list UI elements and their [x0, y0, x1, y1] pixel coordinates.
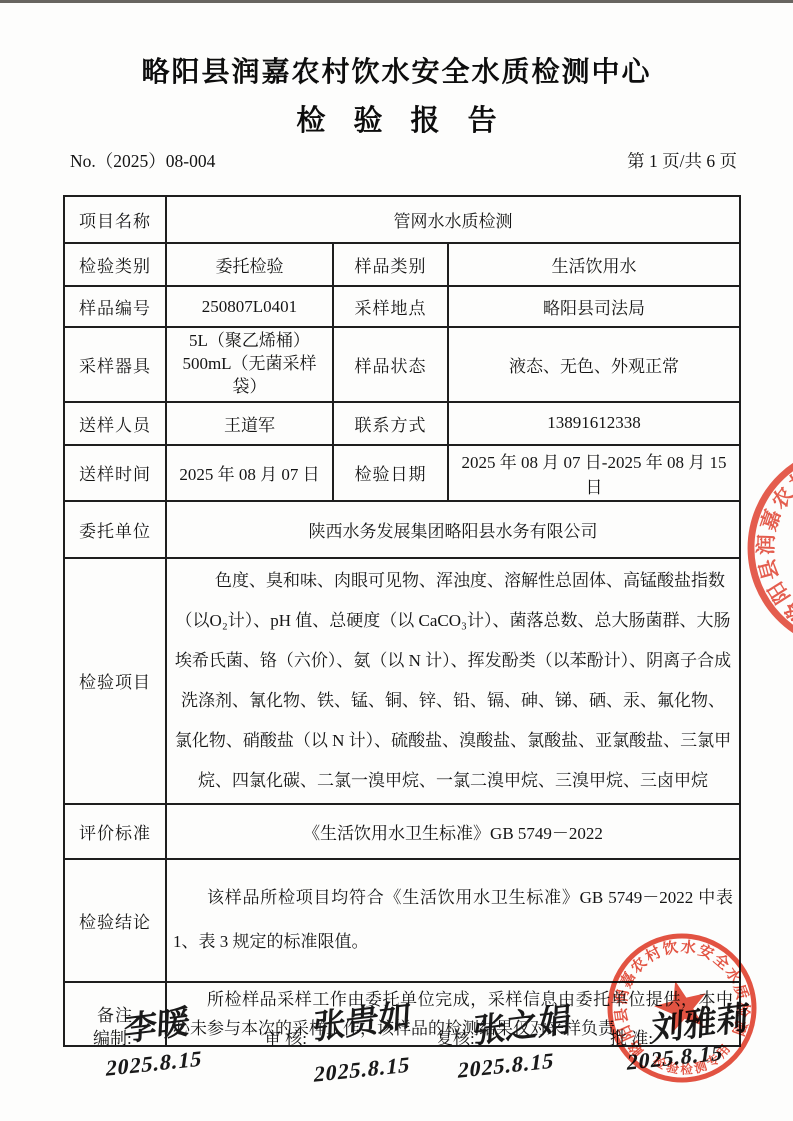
inspection-date-value: 2025 年 08 月 07 日-2025 年 08 月 15 日 — [448, 445, 740, 501]
conclusion-value: 该样品所检项目均符合《生活饮用水卫生标准》GB 5749－2022 中表 1、表… — [166, 859, 740, 982]
table-row: 送样时间 2025 年 08 月 07 日 检验日期 2025 年 08 月 0… — [64, 445, 740, 501]
inspection-items-label: 检验项目 — [64, 558, 166, 804]
table-row: 送样人员 王道军 联系方式 13891612338 — [64, 402, 740, 445]
sample-type-label: 样品类别 — [333, 243, 448, 286]
table-row: 委托单位 陕西水务发展集团略阳县水务有限公司 — [64, 501, 740, 558]
report-number: No.（2025）08-004 — [70, 148, 215, 173]
conclusion-text: 该样品所检项目均符合《生活饮用水卫生标准》GB 5749－2022 中表 1、表… — [173, 876, 733, 964]
contact-value: 13891612338 — [448, 402, 740, 445]
table-row: 采样器具 5L（聚乙烯桶） 500mL（无菌采样袋） 样品状态 液态、无色、外观… — [64, 327, 740, 402]
center-name-title: 略阳县润嘉农村饮水安全水质检测中心 — [0, 50, 793, 90]
conclusion-label: 检验结论 — [64, 859, 166, 982]
sample-state-label: 样品状态 — [333, 327, 448, 402]
sample-sender-value: 王道军 — [166, 402, 333, 445]
report-page: 略阳县润嘉农村饮水安全水质检测中心 检 验 报 告 No.（2025）08-00… — [0, 0, 793, 1121]
contact-label: 联系方式 — [333, 402, 448, 445]
project-name-value: 管网水水质检测 — [166, 196, 740, 243]
svg-text:检验检测专用章: 检验检测专用章 — [787, 513, 793, 659]
prepared-by-signature: 李暖 — [123, 995, 191, 1051]
table-row: 检验项目 色度、臭和味、肉眼可见物、浑浊度、溶解性总固体、高锰酸盐指数（以O₂计… — [64, 558, 740, 804]
inspection-items-value: 色度、臭和味、肉眼可见物、浑浊度、溶解性总固体、高锰酸盐指数（以O₂计）、pH … — [166, 558, 740, 804]
sample-no-value: 250807L0401 — [166, 286, 333, 327]
scan-artifact-top — [0, 0, 793, 3]
standard-value: 《生活饮用水卫生标准》GB 5749－2022 — [166, 804, 740, 859]
client-value: 陕西水务发展集团略阳县水务有限公司 — [166, 501, 740, 558]
send-date-label: 送样时间 — [64, 445, 166, 501]
report-table: 项目名称 管网水水质检测 检验类别 委托检验 样品类别 生活饮用水 样品编号 2… — [63, 195, 741, 1047]
sample-state-value: 液态、无色、外观正常 — [448, 327, 740, 402]
inspection-type-value: 委托检验 — [166, 243, 333, 286]
table-row: 检验结论 该样品所检项目均符合《生活饮用水卫生标准》GB 5749－2022 中… — [64, 859, 740, 982]
project-name-label: 项目名称 — [64, 196, 166, 243]
rechecked-by-label: 复核: — [436, 1024, 475, 1049]
sample-no-label: 样品编号 — [64, 286, 166, 327]
report-meta-row: No.（2025）08-004 第 1 页/共 6 页 — [0, 148, 793, 173]
page-indicator: 第 1 页/共 6 页 — [627, 148, 737, 173]
sampling-location-value: 略阳县司法局 — [448, 286, 740, 327]
inspection-items-text: 色度、臭和味、肉眼可见物、浑浊度、溶解性总固体、高锰酸盐指数（以O₂计）、pH … — [173, 561, 733, 801]
client-label: 委托单位 — [64, 501, 166, 558]
report-title: 检 验 报 告 — [0, 98, 793, 139]
standard-label: 评价标准 — [64, 804, 166, 859]
sampling-container-label: 采样器具 — [64, 327, 166, 402]
sampling-container-value: 5L（聚乙烯桶） 500mL（无菌采样袋） — [166, 327, 333, 402]
inspection-date-label: 检验日期 — [333, 445, 448, 501]
table-row: 样品编号 250807L0401 采样地点 略阳县司法局 — [64, 286, 740, 327]
table-row: 评价标准 《生活饮用水卫生标准》GB 5749－2022 — [64, 804, 740, 859]
reviewed-by-label: 审 核: — [264, 1024, 307, 1049]
sample-type-value: 生活饮用水 — [448, 243, 740, 286]
sampling-location-label: 采样地点 — [333, 286, 448, 327]
inspection-type-label: 检验类别 — [64, 243, 166, 286]
table-row: 检验类别 委托检验 样品类别 生活饮用水 — [64, 243, 740, 286]
approved-by-label: 批 准: — [610, 1024, 653, 1049]
table-row: 项目名称 管网水水质检测 — [64, 196, 740, 243]
send-date-value: 2025 年 08 月 07 日 — [166, 445, 333, 501]
reviewed-date-handwritten: 2025.8.15 — [312, 1051, 412, 1088]
sample-sender-label: 送样人员 — [64, 402, 166, 445]
stamp-bottom-text: 检验检测专用章 — [787, 513, 793, 659]
prepared-date-handwritten: 2025.8.15 — [104, 1045, 204, 1082]
